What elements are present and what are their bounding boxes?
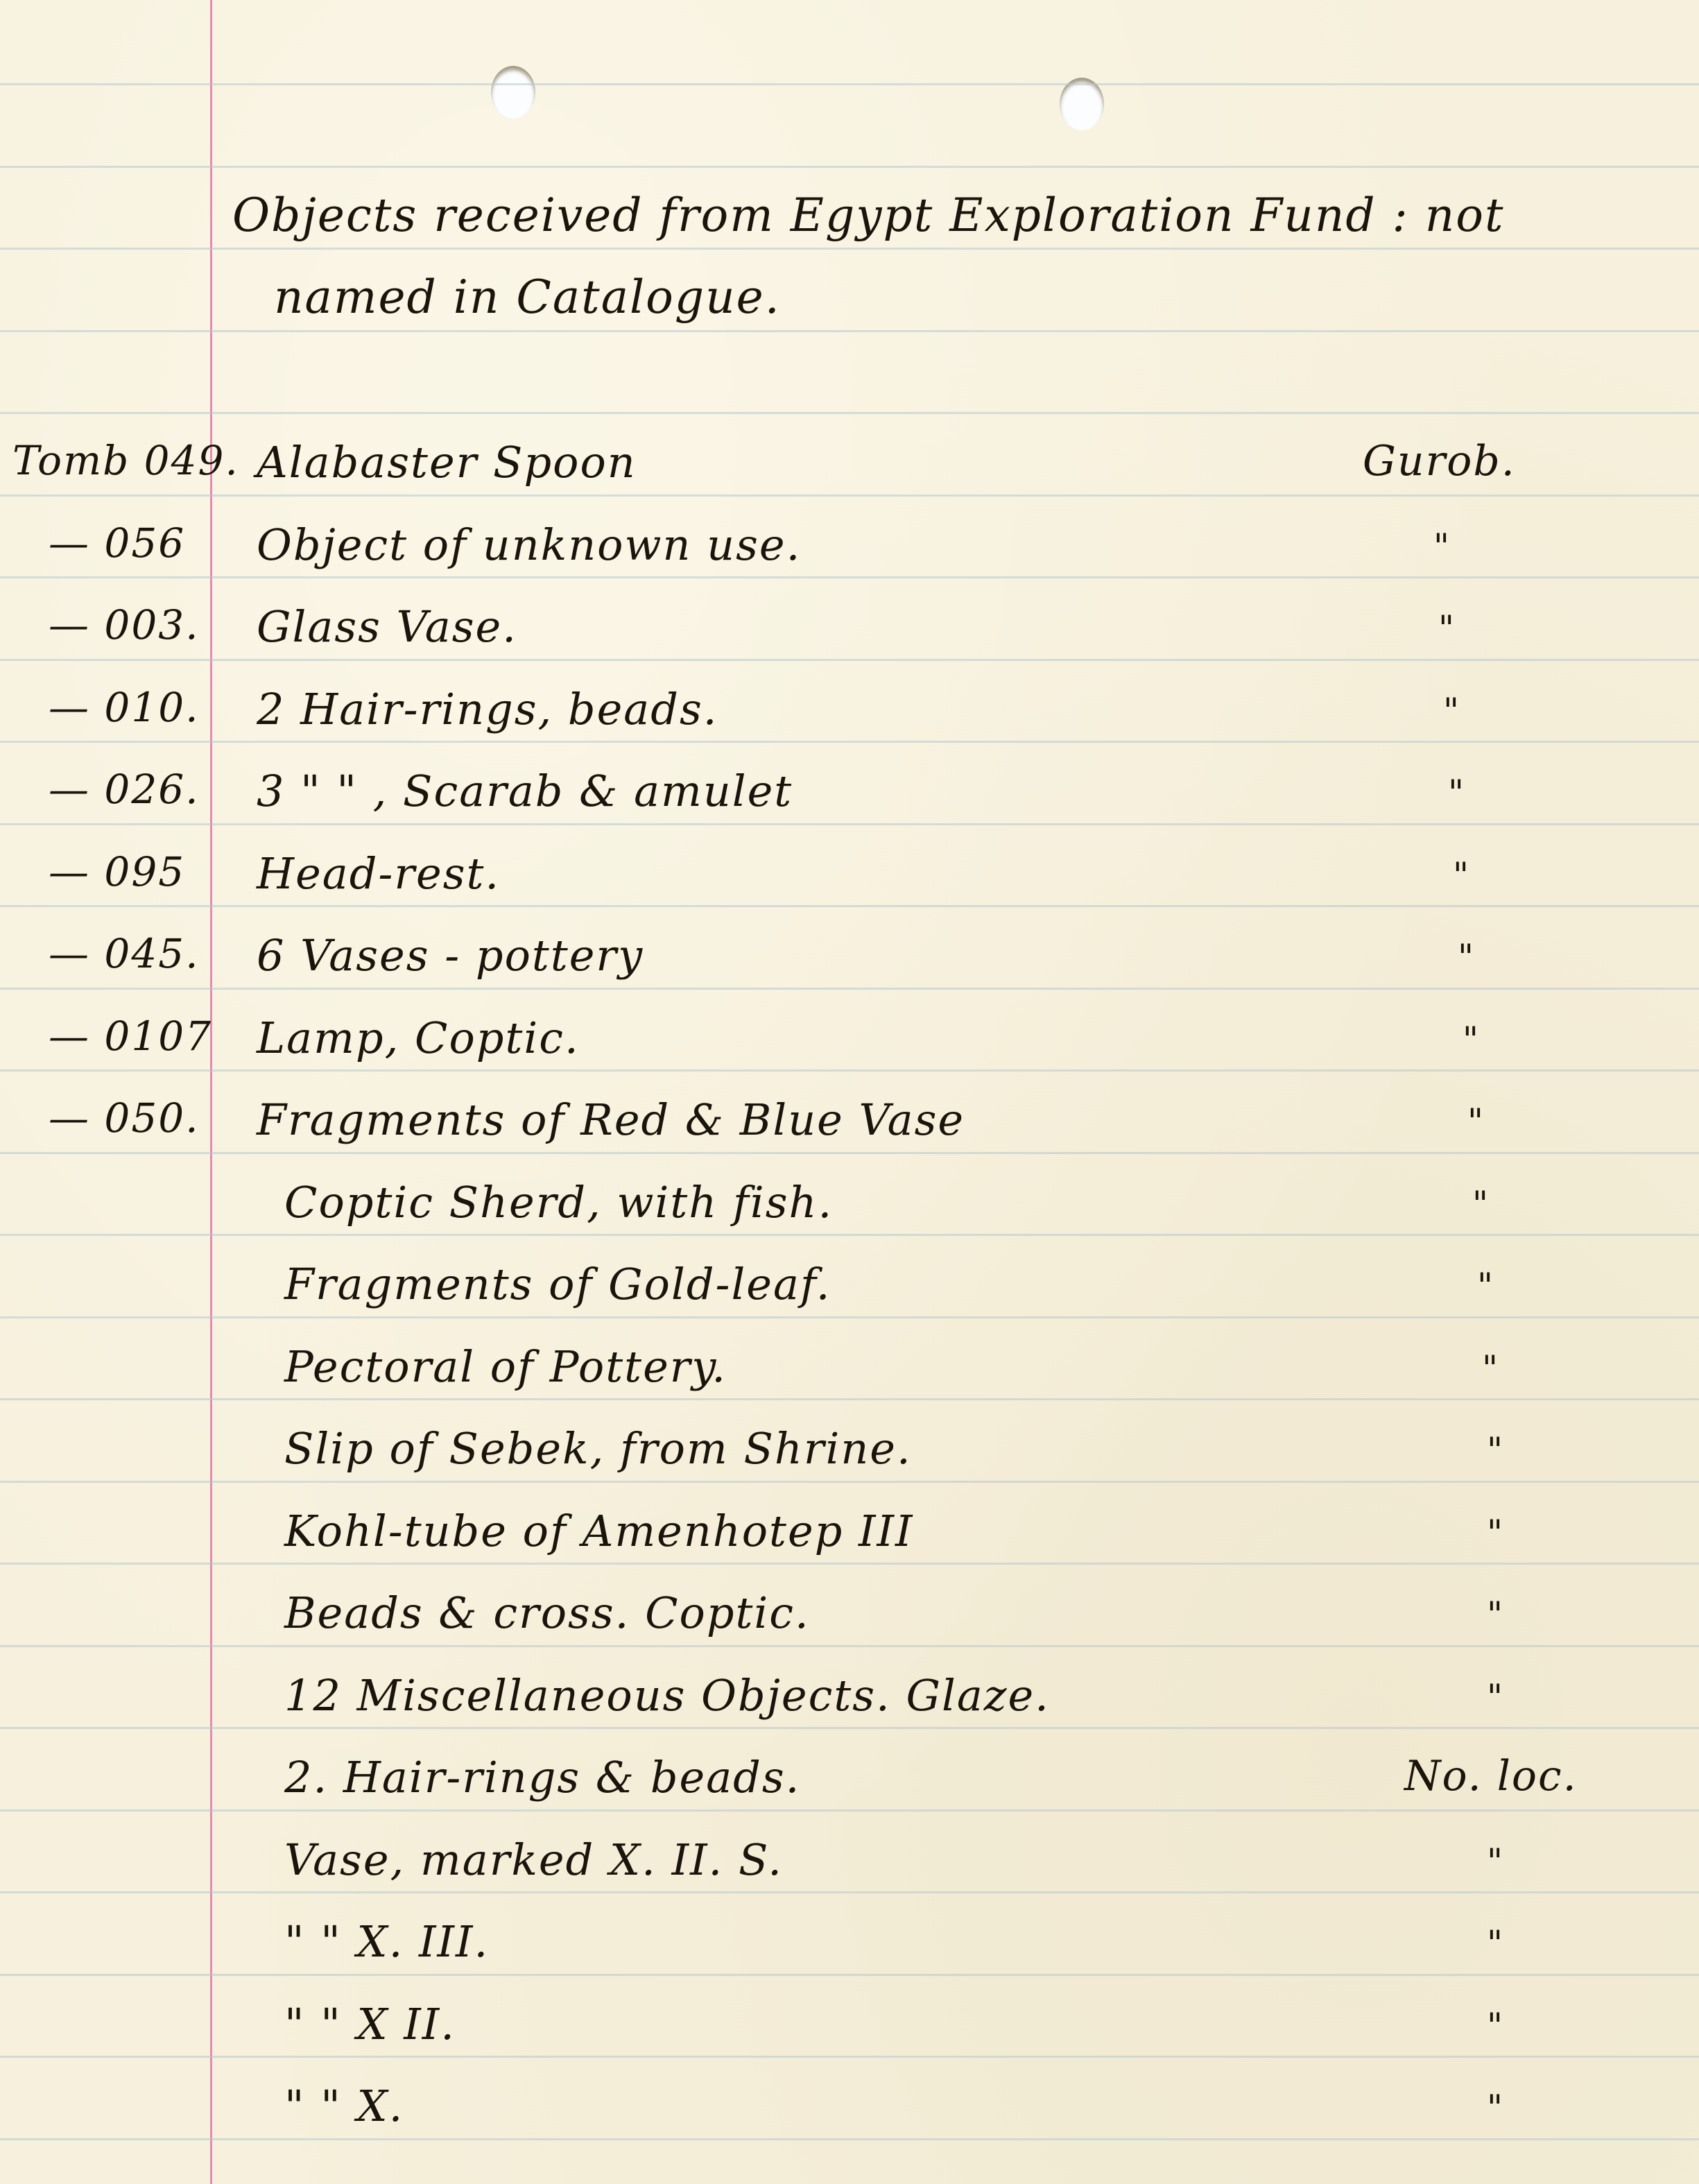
entry-description: Coptic Sherd, with fish. — [284, 1177, 833, 1228]
punch-hole-left — [491, 66, 535, 119]
entry-description: 3 " " , Scarab & amulet — [257, 766, 793, 816]
ruled-line — [0, 166, 1699, 168]
entry-location: " — [1487, 1430, 1504, 1470]
ruled-line — [0, 1645, 1699, 1647]
entry-location: " — [1482, 1348, 1499, 1388]
entry-ref: — 095 — [49, 848, 185, 895]
ruled-line — [0, 1234, 1699, 1236]
ruled-line — [0, 988, 1699, 990]
entry-location: " — [1458, 937, 1475, 977]
entry-location: " — [1487, 1923, 1504, 1963]
entry-location: " — [1467, 1101, 1485, 1142]
ruled-line — [0, 1316, 1699, 1318]
ruled-line — [0, 1809, 1699, 1812]
ruled-line — [0, 905, 1699, 907]
entry-ref: Tomb 049. — [12, 437, 239, 484]
entry-ref: — 003. — [49, 601, 200, 648]
entry-location: Gurob. — [1363, 437, 1516, 485]
entry-description: Beads & cross. Coptic. — [284, 1588, 810, 1638]
entry-ref: — 050. — [49, 1094, 200, 1142]
ruled-line — [0, 1069, 1699, 1072]
entry-location: " — [1487, 1513, 1504, 1553]
ruled-line — [0, 576, 1699, 578]
entry-ref: — 045. — [49, 930, 200, 977]
entry-description: " " X. — [284, 2081, 404, 2131]
entry-description: Fragments of Red & Blue Vase — [257, 1094, 965, 1145]
ruled-line — [0, 2056, 1699, 2058]
entry-description: Glass Vase. — [257, 601, 517, 652]
entry-location: " — [1433, 526, 1451, 567]
ruled-line — [0, 659, 1699, 661]
entry-location: " — [1443, 691, 1460, 731]
ruled-line — [0, 1974, 1699, 1976]
page-title-line-2: named in Catalogue. — [274, 270, 781, 324]
entry-ref: — 010. — [49, 684, 200, 731]
entry-location: " — [1487, 1677, 1504, 1717]
entry-description: Alabaster Spoon — [257, 437, 637, 488]
entry-description: 6 Vases - pottery — [257, 930, 644, 981]
ruled-line — [0, 495, 1699, 497]
ruled-line — [0, 83, 1699, 85]
entry-description: Fragments of Gold-leaf. — [284, 1259, 831, 1309]
entry-description: 2. Hair-rings & beads. — [284, 1752, 800, 1803]
ruled-line — [0, 1398, 1699, 1400]
ruled-line — [0, 823, 1699, 825]
entry-location: " — [1453, 855, 1470, 895]
entry-ref: — 0107 — [49, 1013, 212, 1060]
margin-line — [210, 0, 212, 2184]
entry-location: " — [1487, 2006, 1504, 2046]
entry-description: " " X. III. — [284, 1916, 489, 1967]
entry-location: " — [1448, 773, 1465, 813]
entry-location: " — [1487, 1841, 1504, 1882]
entry-description: Pectoral of Pottery. — [284, 1341, 727, 1392]
ruled-line — [0, 1727, 1699, 1729]
entry-location: " — [1487, 1594, 1504, 1635]
ruled-line — [0, 330, 1699, 332]
entry-location: No. loc. — [1404, 1752, 1578, 1800]
page-title-line-1: Objects received from Egypt Exploration … — [232, 189, 1505, 242]
ruled-line — [0, 1481, 1699, 1483]
entry-ref: — 026. — [49, 766, 200, 813]
ruled-line — [0, 2138, 1699, 2140]
entry-ref: — 056 — [49, 519, 185, 567]
entry-description: Object of unknown use. — [257, 519, 801, 570]
entry-description: Head-rest. — [257, 848, 500, 899]
entry-location: " — [1438, 608, 1456, 648]
ruled-line — [0, 412, 1699, 414]
entry-description: 12 Miscellaneous Objects. Glaze. — [284, 1670, 1050, 1721]
entry-description: Kohl-tube of Amenhotep III — [284, 1506, 914, 1556]
ruled-line — [0, 1563, 1699, 1565]
entry-location: " — [1472, 1184, 1490, 1224]
ruled-line — [0, 1152, 1699, 1154]
entry-location: " — [1487, 2088, 1504, 2128]
entry-description: 2 Hair-rings, beads. — [257, 684, 718, 734]
punch-hole-right — [1060, 78, 1104, 130]
ruled-line — [0, 741, 1699, 743]
ruled-line — [0, 248, 1699, 250]
ruled-line — [0, 1891, 1699, 1893]
entry-description: " " X II. — [284, 1999, 456, 2049]
entry-description: Lamp, Coptic. — [257, 1013, 580, 1063]
entry-description: Slip of Sebek, from Shrine. — [284, 1423, 912, 1474]
entry-description: Vase, marked X. II. S. — [284, 1834, 783, 1885]
entry-location: " — [1463, 1020, 1480, 1060]
entry-location: " — [1477, 1266, 1494, 1306]
